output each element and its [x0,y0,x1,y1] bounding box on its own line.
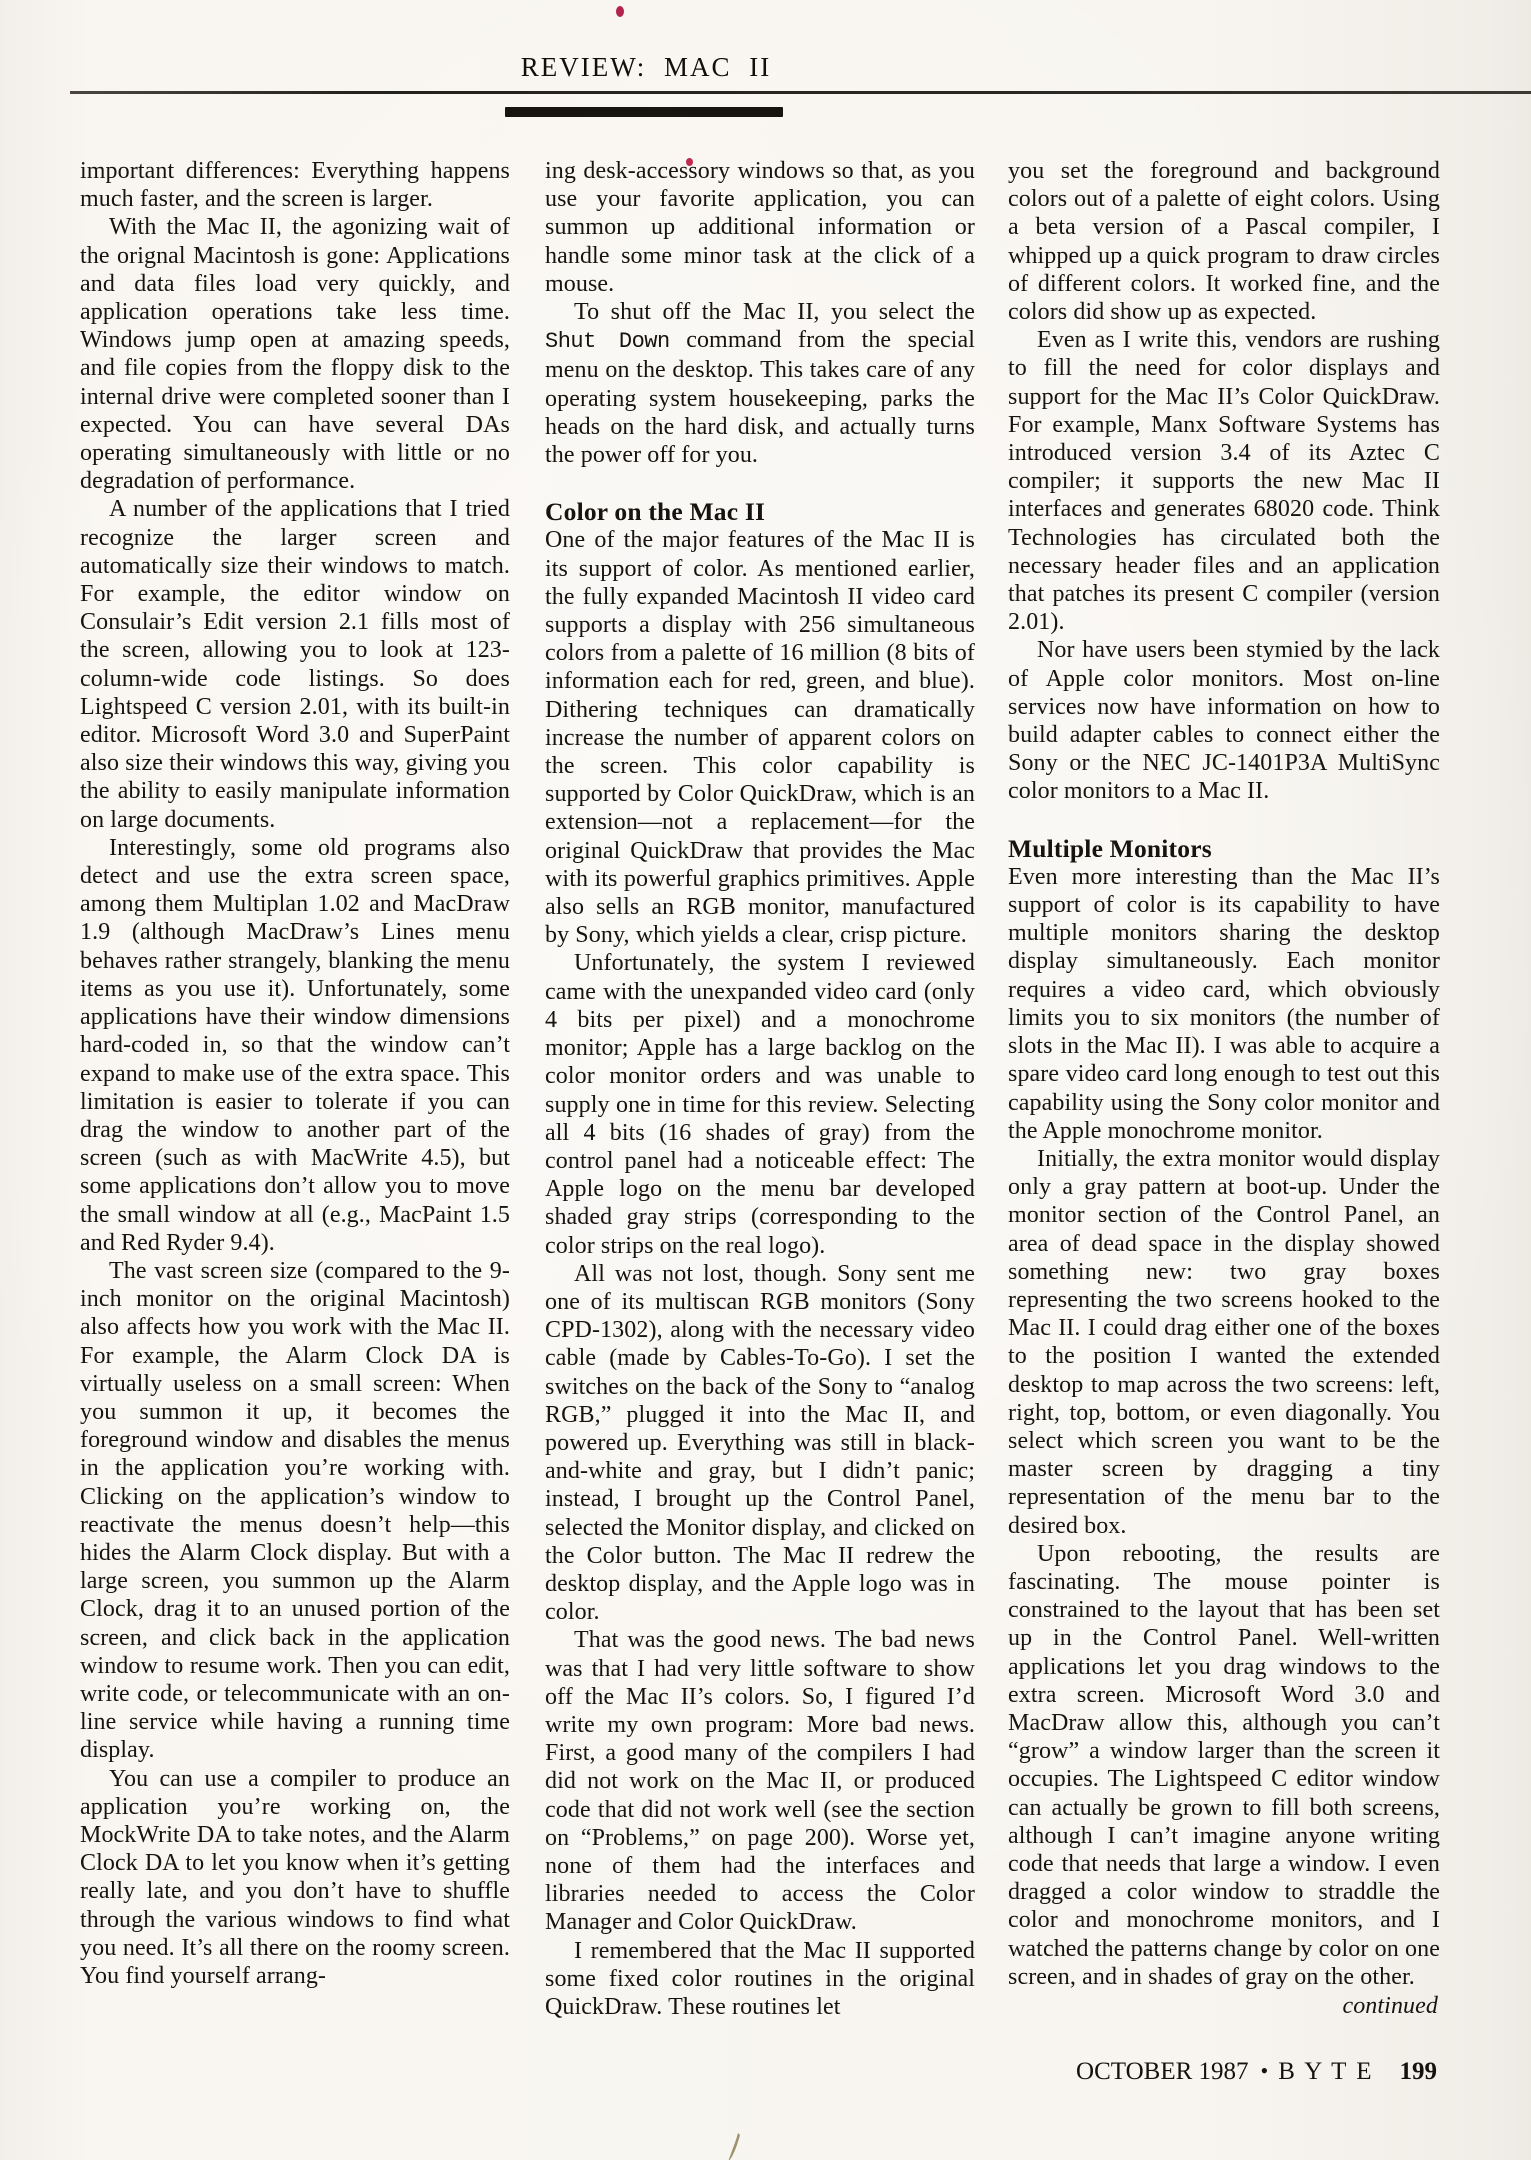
paragraph: With the Mac II, the agonizing wait of t… [80,213,510,495]
page-footer: OCTOBER 1987•B Y T E199 [80,2058,1437,2086]
paragraph: ing desk-accessory windows so that, as y… [545,157,975,298]
paragraph: Interestingly, some old programs also de… [80,834,510,1257]
paragraph: Nor have users been stymied by the lack … [1008,636,1440,805]
footer-page-number: 199 [1400,2058,1438,2085]
footer-issue-date: OCTOBER 1987 [1076,2058,1248,2085]
section-heading-monitors: Multiple Monitors [1008,835,1440,863]
shut-down-command: Shut Down [545,329,670,354]
paragraph: important differences: Everything happen… [80,157,510,213]
scan-artifact-mark [726,2133,744,2160]
shutdown-text-pre: To shut off the Mac II, you select the [574,299,975,325]
paragraph: You can use a compiler to produce an app… [80,1765,510,1991]
article-column-1: important differences: Everything happen… [80,157,510,1990]
paragraph: That was the good news. The bad news was… [545,1626,975,1936]
paragraph: All was not lost, though. Sony sent me o… [545,1260,975,1627]
section-heading-color: Color on the Mac II [545,498,975,526]
footer-bullet: • [1261,2058,1269,2083]
paragraph: Initially, the extra monitor would displ… [1008,1145,1440,1540]
paragraph: One of the major features of the Mac II … [545,526,975,949]
footer-magazine-name: B Y T E [1278,2058,1373,2085]
article-column-3: you set the foreground and background co… [1008,157,1440,2020]
paragraph: Upon rebooting, the results are fascinat… [1008,1540,1440,1991]
paragraph: A number of the applications that I trie… [80,495,510,833]
paragraph: I remembered that the Mac II supported s… [545,1937,975,2022]
masthead-rule [70,91,1531,94]
paragraph: Unfortunately, the system I reviewed cam… [545,949,975,1259]
registration-dot-top [616,6,624,17]
magazine-page: REVIEW: MAC II important differences: Ev… [0,0,1531,2160]
paragraph: The vast screen size (compared to the 9-… [80,1257,510,1765]
paragraph: Even more interesting than the Mac II’s … [1008,863,1440,1145]
masthead-bar [505,107,783,117]
paragraph: you set the foreground and background co… [1008,157,1440,326]
page-title: REVIEW: MAC II [2,52,1290,83]
scan-artifact-shape [726,2133,744,2160]
paragraph-shutdown: To shut off the Mac II, you select the S… [545,298,975,469]
paragraph: Even as I write this, vendors are rushin… [1008,326,1440,636]
article-column-2: ing desk-accessory windows so that, as y… [545,157,975,2021]
continued-label: continued [1008,1992,1440,2020]
